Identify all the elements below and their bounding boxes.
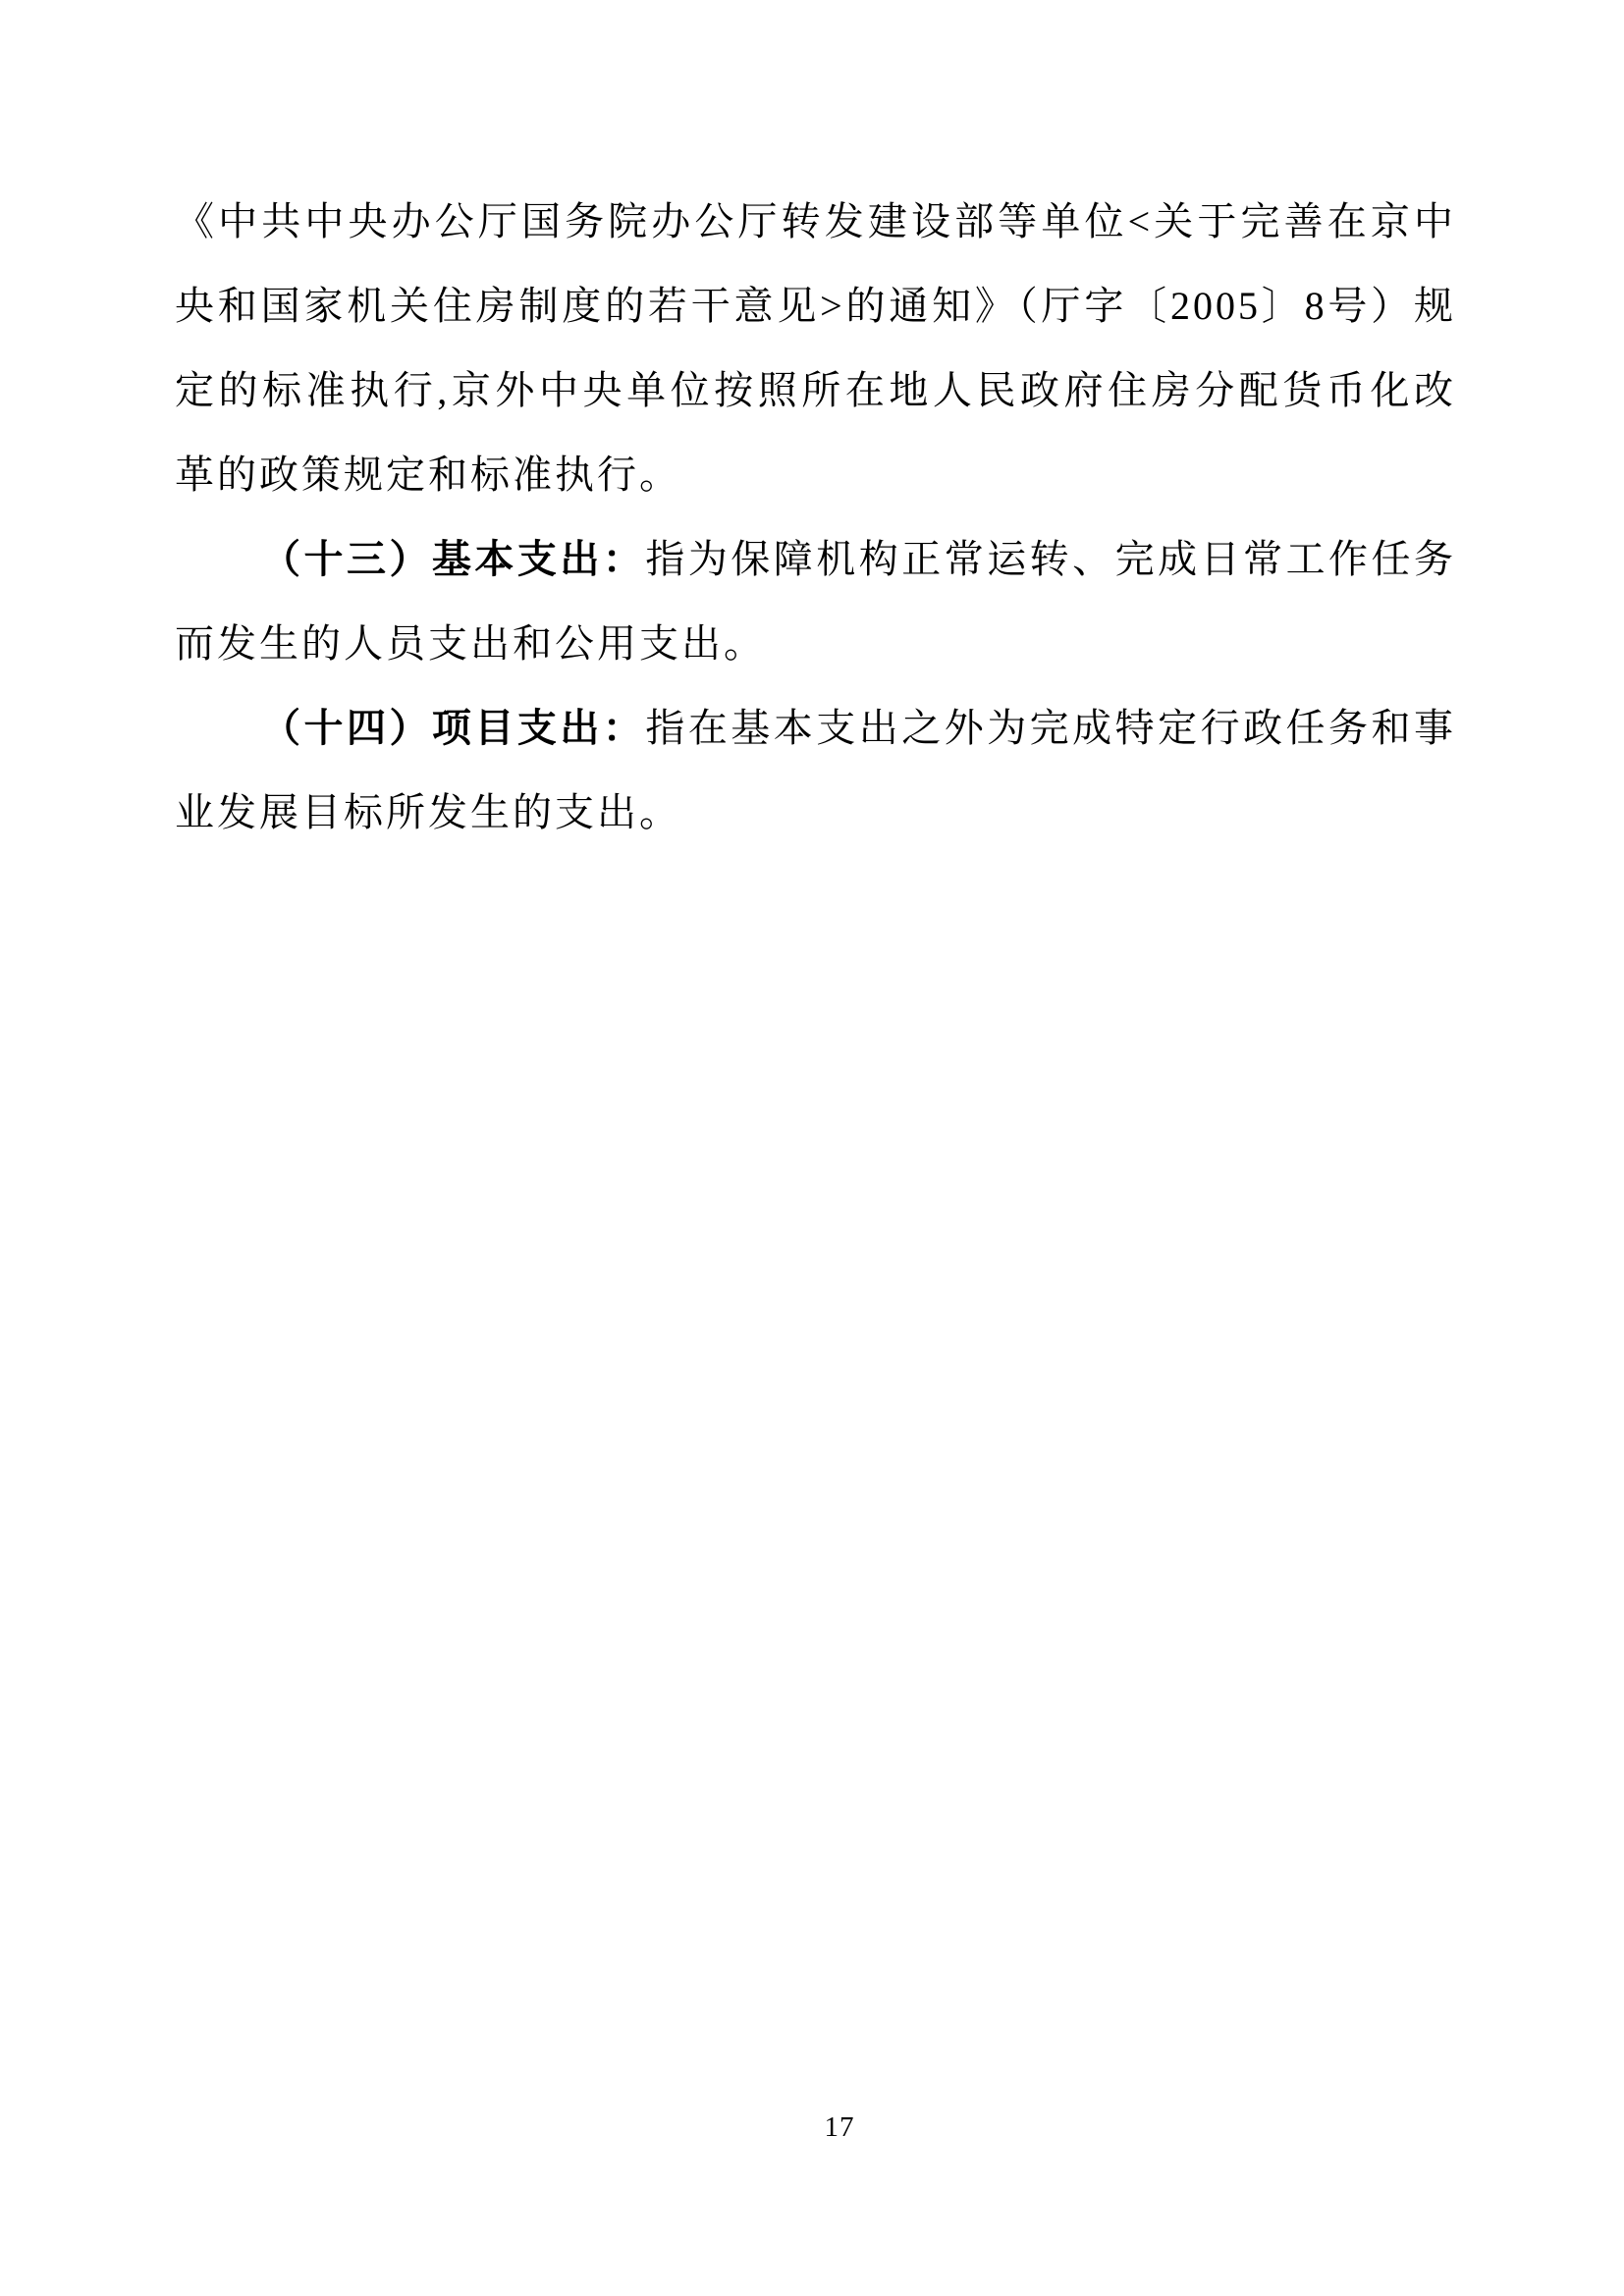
term-bold-label: （十三）基本支出：	[261, 537, 645, 581]
text-line: 定的标准执行,京外中央单位按照所在地人民政府住房分配货币化改	[175, 348, 1456, 433]
page-footer: 17	[55, 2110, 1624, 2144]
body-text-block: 《中共中央办公厅国务院办公厅转发建设部等单位<关于完善在京中央和国家机关住房制度…	[175, 180, 1456, 855]
text-line: 革的政策规定和标准执行。	[175, 433, 1456, 517]
document-page: 《中共中央办公厅国务院办公厅转发建设部等单位<关于完善在京中央和国家机关住房制度…	[0, 0, 1624, 2296]
text-line: 而发生的人员支出和公用支出。	[175, 602, 1456, 686]
term-bold-label: （十四）项目支出：	[261, 706, 645, 750]
page-number: 17	[825, 2111, 855, 2143]
text-line: （十四）项目支出：指在基本支出之外为完成特定行政任务和事	[175, 686, 1456, 771]
text-line: 央和国家机关住房制度的若干意见>的通知》（厅字〔2005〕8号）规	[175, 264, 1456, 348]
text-line: 业发展目标所发生的支出。	[175, 771, 1456, 855]
text-line: （十三）基本支出：指为保障机构正常运转、完成日常工作任务	[175, 517, 1456, 602]
text-line: 《中共中央办公厅国务院办公厅转发建设部等单位<关于完善在京中	[175, 180, 1456, 264]
